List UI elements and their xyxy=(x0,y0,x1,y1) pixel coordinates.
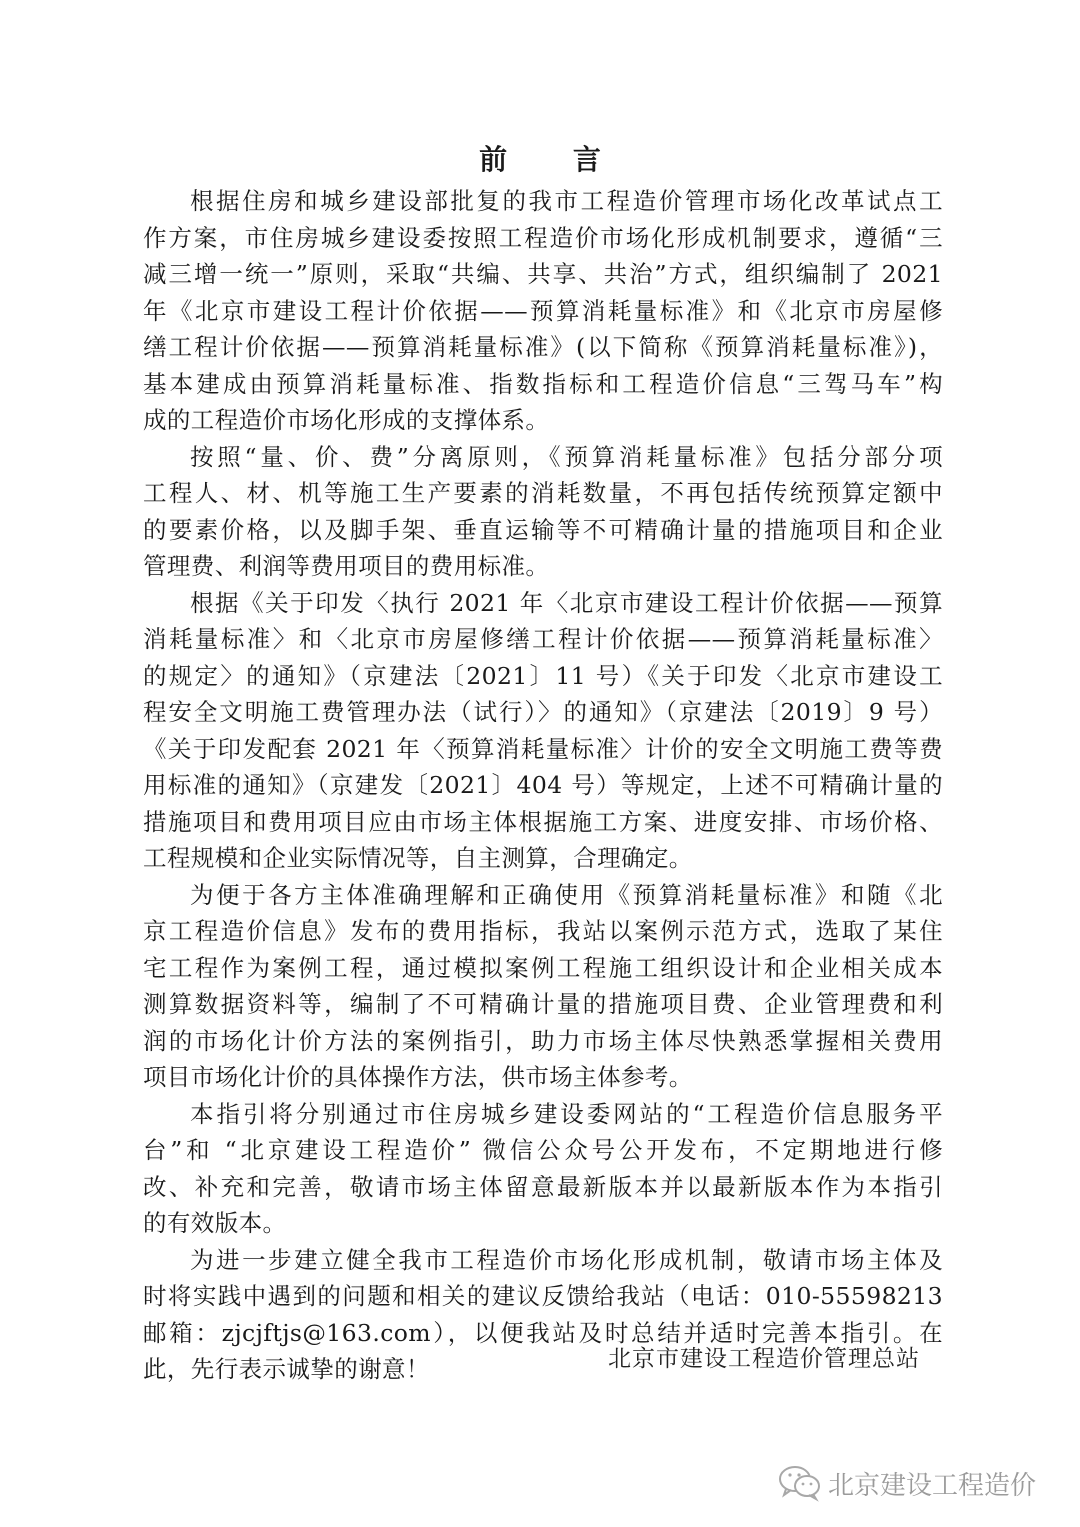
text-line: 成的工程造价市场化形成的支撑体系。 xyxy=(143,402,943,439)
text-line: 根据《关于印发〈执行 2021 年〈北京市建设工程计价依据——预算 xyxy=(143,585,943,622)
text-line: 《关于印发配套 2021 年〈预算消耗量标准〉计价的安全文明施工费等费 xyxy=(143,731,943,768)
text-line: 按照“量、价、费”分离原则，《预算消耗量标准》包括分部分项 xyxy=(143,439,943,476)
text-line: 宅工程作为案例工程，通过模拟案例工程施工组织设计和企业相关成本 xyxy=(143,950,943,987)
text-line: 为进一步建立健全我市工程造价市场化形成机制，敬请市场主体及 xyxy=(143,1242,943,1279)
text-line: 作方案，市住房城乡建设委按照工程造价市场化形成机制要求，遵循“三 xyxy=(143,220,943,257)
text-line: 台”和 “北京建设工程造价” 微信公众号公开发布，不定期地进行修 xyxy=(143,1132,943,1169)
wechat-icon xyxy=(778,1464,822,1502)
text-line: 程安全文明施工费管理办法（试行）〉的通知》（京建法〔2019〕9 号） xyxy=(143,694,943,731)
text-line: 本指引将分别通过市住房城乡建设委网站的“工程造价信息服务平 xyxy=(143,1096,943,1133)
text-line: 的规定〉的通知》（京建法〔2021〕11 号）《关于印发〈北京市建设工 xyxy=(143,658,943,695)
text-line: 润的市场化计价方法的案例指引，助力市场主体尽快熟悉掌握相关费用 xyxy=(143,1023,943,1060)
text-line: 时将实践中遇到的问题和相关的建议反馈给我站（电话：010-55598213 xyxy=(143,1278,943,1315)
text-line: 减三增一统一”原则，采取“共编、共享、共治”方式，组织编制了 2021 xyxy=(143,256,943,293)
text-line: 改、补充和完善，敬请市场主体留意最新版本并以最新版本作为本指引 xyxy=(143,1169,943,1206)
preface-body: 根据住房和城乡建设部批复的我市工程造价管理市场化改革试点工 作方案，市住房城乡建… xyxy=(143,183,943,1388)
page-title: 前 言 xyxy=(0,140,1080,180)
paragraph-3: 根据《关于印发〈执行 2021 年〈北京市建设工程计价依据——预算 消耗量标准〉… xyxy=(143,585,943,877)
text-line: 管理费、利润等费用项目的费用标准。 xyxy=(143,548,943,585)
text-line: 测算数据资料等，编制了不可精确计量的措施项目费、企业管理费和利 xyxy=(143,986,943,1023)
watermark-label: 北京建设工程造价 xyxy=(828,1465,1036,1502)
text-line: 的有效版本。 xyxy=(143,1205,943,1242)
text-line: 工程人、材、机等施工生产要素的消耗数量，不再包括传统预算定额中 xyxy=(143,475,943,512)
text-line: 用标准的通知》（京建发〔2021〕404 号）等规定，上述不可精确计量的 xyxy=(143,767,943,804)
text-line: 缮工程计价依据——预算消耗量标准》(以下简称《预算消耗量标准》)， xyxy=(143,329,943,366)
text-line: 基本建成由预算消耗量标准、指数指标和工程造价信息“三驾马车”构 xyxy=(143,366,943,403)
text-line: 根据住房和城乡建设部批复的我市工程造价管理市场化改革试点工 xyxy=(143,183,943,220)
watermark: 北京建设工程造价 xyxy=(778,1463,1036,1503)
paragraph-4: 为便于各方主体准确理解和正确使用《预算消耗量标准》和随《北 京工程造价信息》发布… xyxy=(143,877,943,1096)
text-line: 为便于各方主体准确理解和正确使用《预算消耗量标准》和随《北 xyxy=(143,877,943,914)
text-line: 措施项目和费用项目应由市场主体根据施工方案、进度安排、市场价格、 xyxy=(143,804,943,841)
text-line: 工程规模和企业实际情况等，自主测算，合理确定。 xyxy=(143,840,943,877)
text-line: 年《北京市建设工程计价依据——预算消耗量标准》和《北京市房屋修 xyxy=(143,293,943,330)
signature: 北京市建设工程造价管理总站 xyxy=(608,1340,920,1373)
paragraph-5: 本指引将分别通过市住房城乡建设委网站的“工程造价信息服务平 台”和 “北京建设工… xyxy=(143,1096,943,1242)
text-line: 消耗量标准〉和〈北京市房屋修缮工程计价依据——预算消耗量标准〉 xyxy=(143,621,943,658)
paragraph-1: 根据住房和城乡建设部批复的我市工程造价管理市场化改革试点工 作方案，市住房城乡建… xyxy=(143,183,943,439)
text-line: 京工程造价信息》发布的费用指标，我站以案例示范方式，选取了某住 xyxy=(143,913,943,950)
paragraph-2: 按照“量、价、费”分离原则，《预算消耗量标准》包括分部分项 工程人、材、机等施工… xyxy=(143,439,943,585)
text-line: 项目市场化计价的具体操作方法，供市场主体参考。 xyxy=(143,1059,943,1096)
text-line: 的要素价格，以及脚手架、垂直运输等不可精确计量的措施项目和企业 xyxy=(143,512,943,549)
